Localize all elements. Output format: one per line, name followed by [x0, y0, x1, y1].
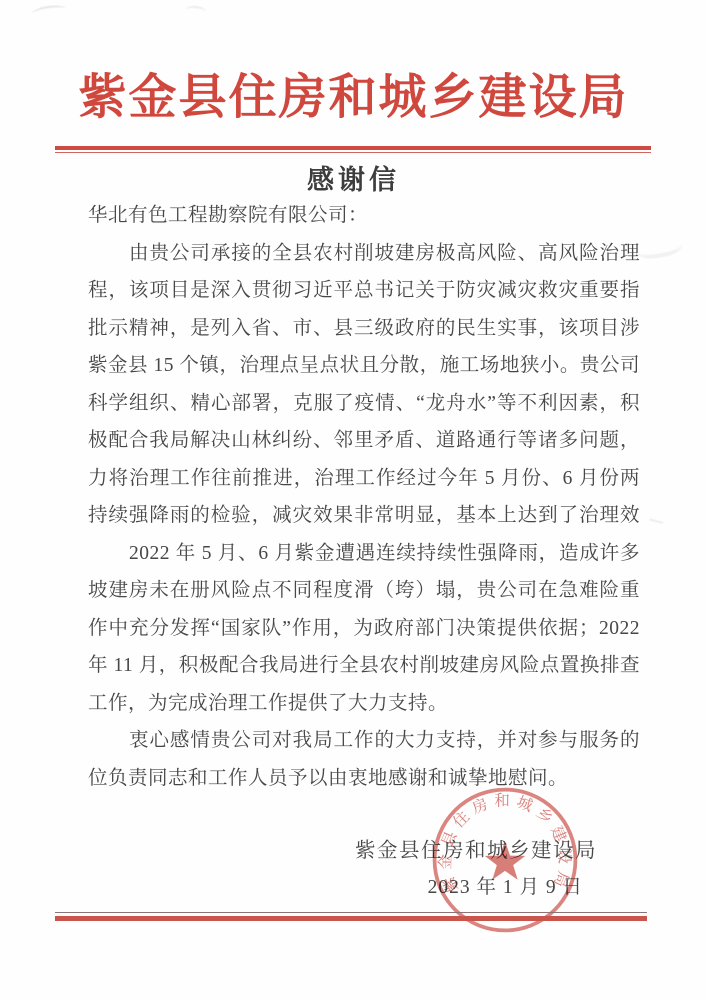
letterhead-rule-thick [55, 146, 651, 150]
body-line: 批示精神，是列入省、市、县三级政府的民生实事，该项目涉及 [88, 310, 640, 348]
salutation: 华北有色工程勘察院有限公司： [88, 197, 640, 235]
body-line: 紫金县 15 个镇，治理点呈点状且分散，施工场地狭小。贵公司 [88, 347, 640, 385]
footer-rule-thick [55, 916, 647, 921]
letter-page: 紫金县住房和城乡建设局 感谢信 华北有色工程勘察院有限公司： 由贵公司承接的全县… [0, 0, 707, 1000]
footer-rule [55, 912, 647, 921]
body-line: 程，该项目是深入贯彻习近平总书记关于防灾减灾救灾重要指示 [88, 272, 640, 310]
body-line: 2022 年 5 月、6 月紫金遭遇连续持续性强降雨，造成许多削 [88, 535, 640, 573]
letterhead-title: 紫金县住房和城乡建设局 [0, 58, 707, 127]
scan-artifact [186, 5, 207, 17]
body-line: 持续强降雨的检验，减灾效果非常明显，基本上达到了治理效果。 [88, 497, 640, 535]
body-line: 坡建房未在册风险点不同程度滑（垮）塌，贵公司在急难险重工 [88, 572, 640, 610]
body-line: 作中充分发挥“国家队”作用，为政府部门决策提供依据；2022 [88, 610, 640, 648]
scan-artifact [634, 230, 683, 261]
body-line: 位负责同志和工作人员予以由衷地感谢和诚挚地慰问。 [88, 760, 640, 798]
scan-artifact [31, 4, 66, 20]
letter-title: 感谢信 [0, 158, 707, 197]
body-line: 力将治理工作往前推进，治理工作经过今年 5 月份、6 月份两次 [88, 460, 640, 498]
footer-rule-thin [55, 912, 647, 913]
body-line: 由贵公司承接的全县农村削坡建房极高风险、高风险治理工 [88, 235, 640, 273]
body-line: 极配合我局解决山林纠纷、邻里矛盾、道路通行等诸多问题，大 [88, 422, 640, 460]
letterhead-rule [55, 146, 651, 153]
signature-org: 紫金县住房和城乡建设局 [355, 833, 597, 863]
letterhead-rule-thin [55, 152, 651, 153]
body-line: 科学组织、精心部署，克服了疫情、“龙舟水”等不利因素，积 [88, 385, 640, 423]
body-line: 年 11 月，积极配合我局进行全县农村削坡建房风险点置换排查 [88, 647, 640, 685]
body-line: 衷心感情贵公司对我局工作的大力支持，并对参与服务的各 [88, 722, 640, 760]
scan-artifact [647, 518, 663, 533]
body-line: 工作，为完成治理工作提供了大力支持。 [88, 685, 640, 723]
letter-body: 华北有色工程勘察院有限公司： 由贵公司承接的全县农村削坡建房极高风险、高风险治理… [88, 197, 640, 797]
signature-date: 2023 年 1 月 9 日 [428, 871, 583, 899]
